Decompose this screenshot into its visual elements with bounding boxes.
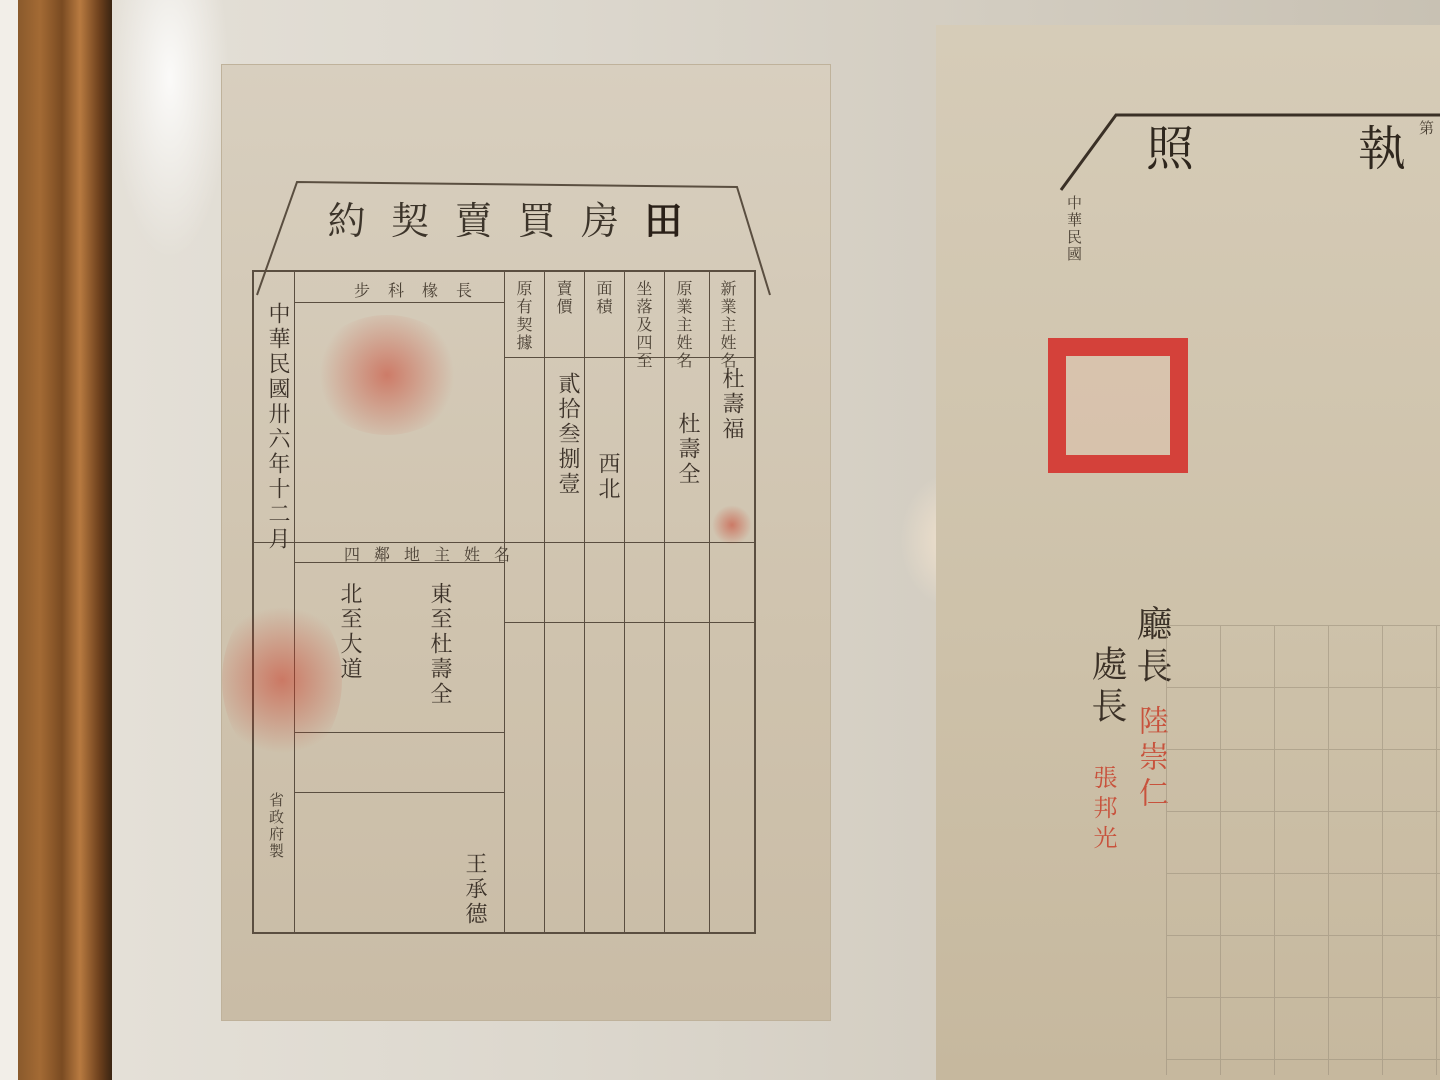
red-seal-stamp bbox=[222, 595, 342, 765]
land-house-sale-contract: 田 房 買 賣 契 約 新業主姓名 原業主姓名 坐落及四至 面積 賣價 原有契據… bbox=[222, 65, 830, 1020]
light-glare bbox=[110, 0, 230, 260]
date-prefix: 中華民國 bbox=[262, 302, 293, 402]
header-new-owner: 新業主姓名 bbox=[716, 280, 739, 370]
boundary-east: 東至杜壽全 bbox=[424, 582, 455, 707]
header-original-deed: 原有契據 bbox=[512, 280, 535, 352]
title-char: 田 bbox=[644, 190, 686, 245]
header-old-owner: 原業主姓名 bbox=[672, 280, 695, 370]
section-boundary-header: 四鄰地主姓名 bbox=[344, 542, 524, 565]
title-char: 約 bbox=[328, 190, 370, 245]
date-column: 中華民國 bbox=[1064, 195, 1085, 263]
title-char: 照 bbox=[1146, 110, 1194, 179]
red-seal-stamp bbox=[712, 505, 752, 545]
title-char: 執 bbox=[1358, 110, 1406, 179]
guarantor-name: 王承德 bbox=[459, 852, 490, 927]
corner-label: 第 bbox=[1416, 120, 1437, 137]
title-char: 買 bbox=[518, 190, 560, 245]
section-witness-header: 步科椽長 bbox=[354, 278, 490, 301]
picture-frame-wood bbox=[0, 0, 112, 1080]
location-value: 西北 bbox=[592, 452, 623, 502]
signature-red: 張邦光 bbox=[1086, 765, 1121, 855]
license-title: 執 照 bbox=[1146, 110, 1406, 179]
seller-name: 杜壽全 bbox=[672, 412, 703, 487]
red-seal-stamp bbox=[312, 315, 462, 435]
contract-date: 卅六年十二月 bbox=[262, 402, 293, 552]
header-price: 賣價 bbox=[552, 280, 575, 316]
header-area: 面積 bbox=[592, 280, 615, 316]
official-red-seal bbox=[1048, 338, 1188, 473]
record-grid bbox=[1166, 625, 1440, 1075]
contract-title: 田 房 買 賣 契 約 bbox=[317, 190, 697, 245]
title-chief: 處長 bbox=[1081, 645, 1132, 729]
header-location: 坐落及四至 bbox=[632, 280, 655, 370]
title-char: 契 bbox=[391, 190, 433, 245]
buyer-name: 杜壽福 bbox=[716, 367, 747, 442]
price-value: 貳拾叁捌壹 bbox=[552, 372, 583, 497]
title-char: 賣 bbox=[454, 190, 496, 245]
footer-issuer: 省政府製 bbox=[266, 792, 287, 860]
title-char: 房 bbox=[581, 190, 623, 245]
property-license-document: 執 照 第 中華民國 廳長 處長 陸崇仁 張邦光 bbox=[936, 25, 1440, 1080]
